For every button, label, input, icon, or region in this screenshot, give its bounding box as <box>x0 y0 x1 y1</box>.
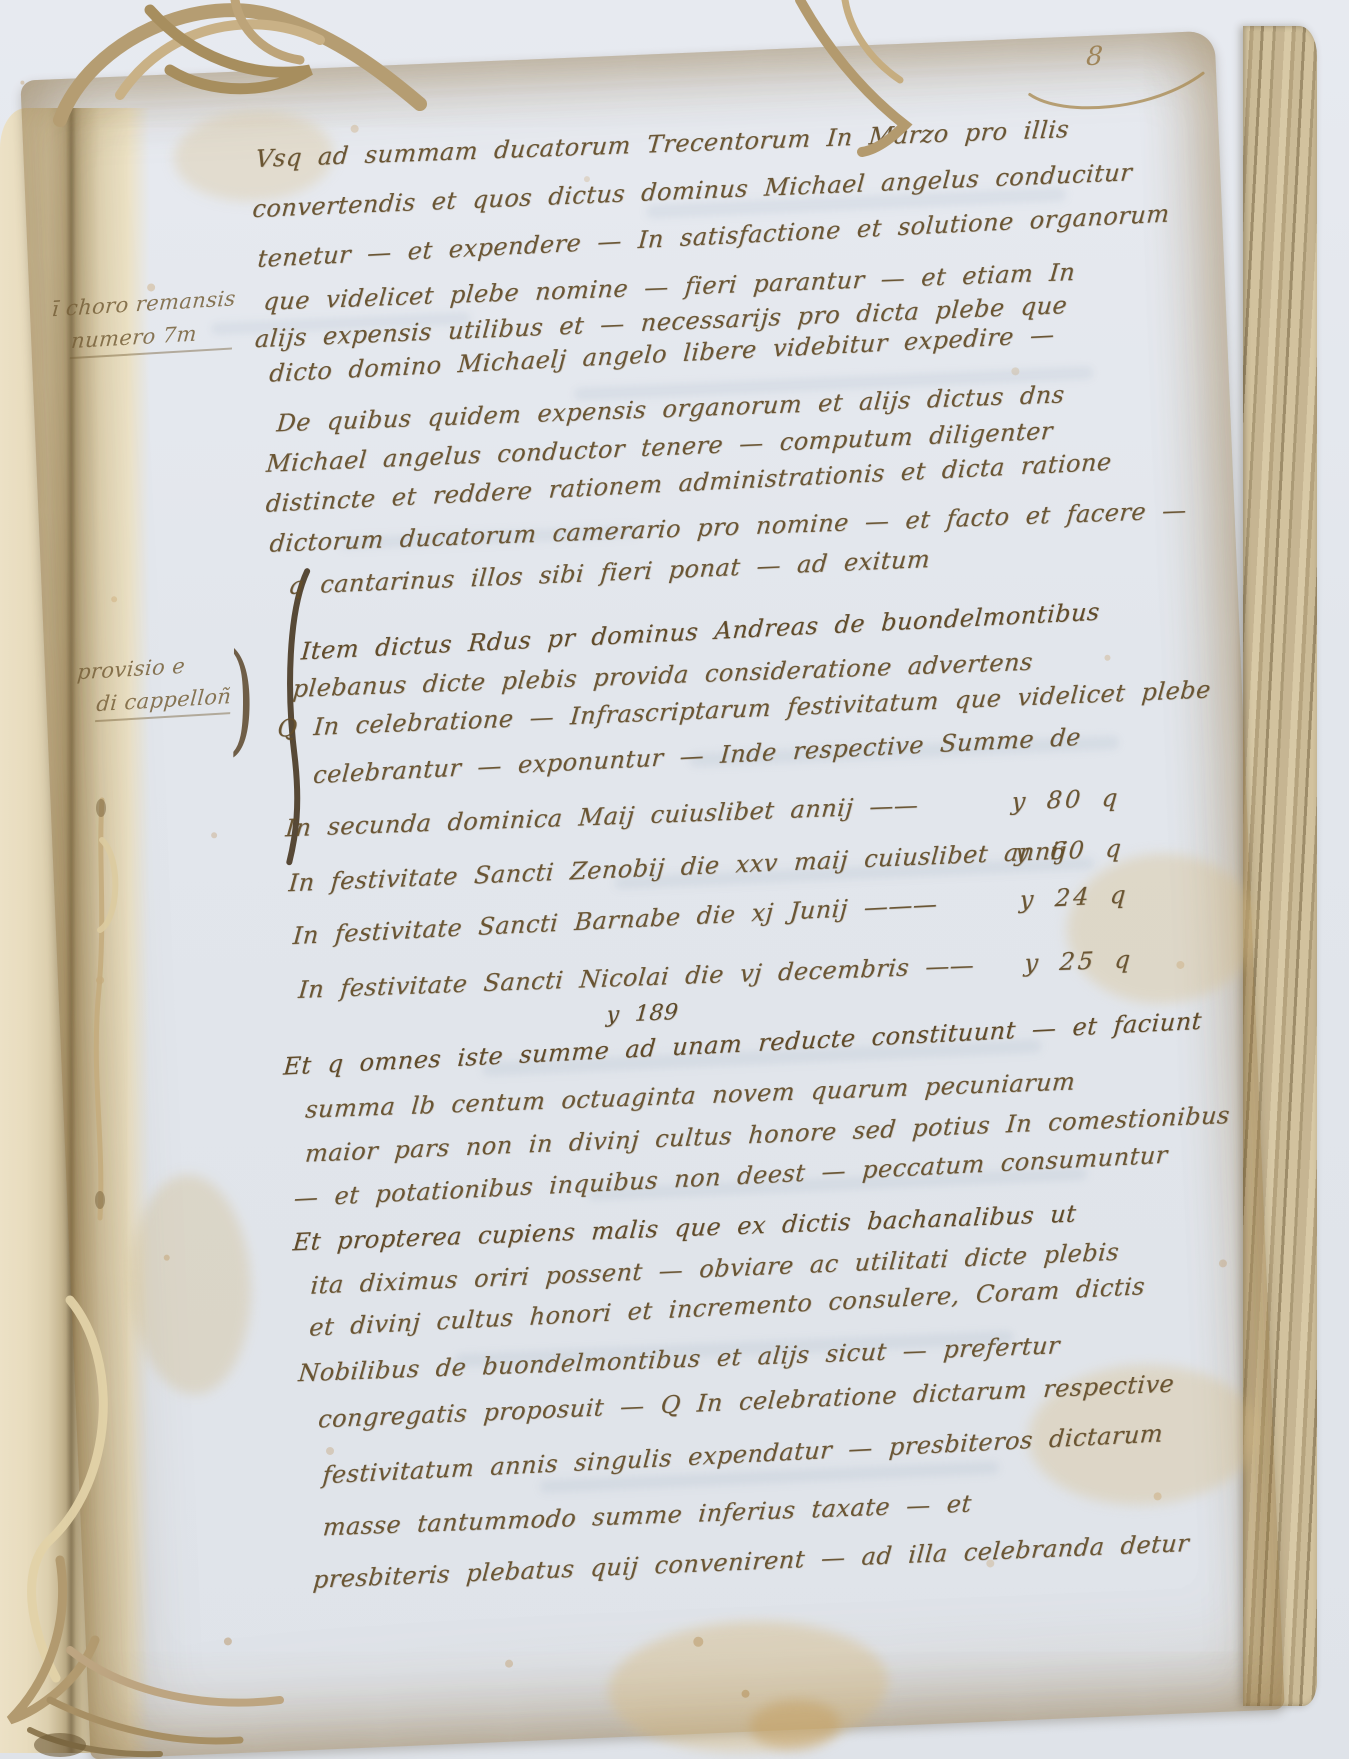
text-line: masse tantummodo summe inferius taxate —… <box>322 1491 973 1541</box>
text-line: In festivitate Sancti Nicolai die vj dec… <box>297 952 975 1003</box>
line-text: y 189 <box>606 1000 680 1028</box>
text-line: y 189 <box>606 1001 680 1028</box>
text-line: q cantarinus illos sibi fieri ponat — ad… <box>287 546 931 599</box>
manuscript-photo: 8 ī choro remansis numero 7m provisio e … <box>0 0 1349 1759</box>
text-line: festivitatum annis singulis expendatur —… <box>322 1420 1165 1488</box>
line-amount: y 25 q <box>1023 946 1134 976</box>
line-text: presbiteris plebatus quij convenirent — … <box>312 1529 1190 1594</box>
line-text: masse tantummodo summe inferius taxate —… <box>322 1490 973 1542</box>
sewing-thread <box>88 800 168 1220</box>
line-amount: y 24 q <box>1019 881 1130 913</box>
line-text: In festivitate Sancti Barnabe die xj Jun… <box>292 890 939 950</box>
text-line: In festivitate Sancti Barnabe die xj Jun… <box>292 891 938 950</box>
manuscript-page: 8 ī choro remansis numero 7m provisio e … <box>20 31 1284 1759</box>
text-line: In festivitate Sancti Zenobij die xxv ma… <box>288 838 1068 897</box>
line-text: In secunda dominica Maij cuiuslibet anni… <box>284 791 919 842</box>
line-amount: y 60 q <box>1014 835 1125 866</box>
frayed-threads <box>0 1560 320 1759</box>
line-text: festivitatum annis singulis expendatur —… <box>322 1419 1165 1489</box>
text-line: presbiteris plebatus quij convenirent — … <box>312 1530 1190 1593</box>
line-text: In festivitate Sancti Nicolai die vj dec… <box>297 951 975 1004</box>
manuscript-text: Vsq ad summam ducatorum Trecentorum In M… <box>20 31 1284 1759</box>
binding-twine <box>0 0 1000 200</box>
text-line: In secunda dominica Maij cuiuslibet anni… <box>284 792 919 842</box>
line-amount: y 80 q <box>1010 785 1121 815</box>
line-text: In festivitate Sancti Zenobij die xxv ma… <box>288 837 1068 898</box>
